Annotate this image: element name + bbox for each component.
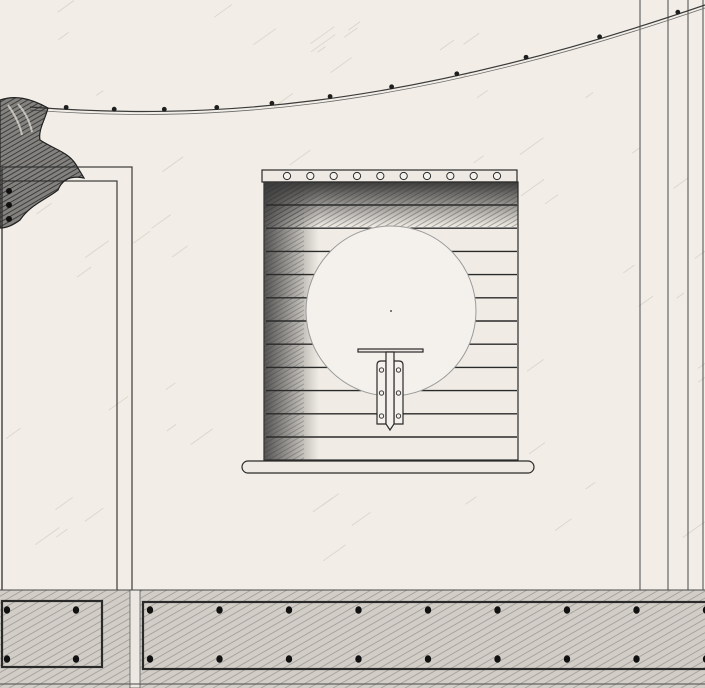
hanging-wire — [30, 5, 705, 114]
elevation-drawing — [0, 0, 705, 688]
ornamental-bracket — [0, 98, 84, 228]
window-shutter — [242, 170, 534, 473]
left-door-frame — [2, 167, 132, 592]
bracket-rivets — [6, 188, 12, 222]
window-sill — [242, 461, 534, 473]
base-plinth — [0, 590, 705, 688]
window-header — [262, 170, 517, 182]
drawing-canvas — [0, 0, 705, 688]
vertical-guide-lines — [640, 0, 703, 688]
